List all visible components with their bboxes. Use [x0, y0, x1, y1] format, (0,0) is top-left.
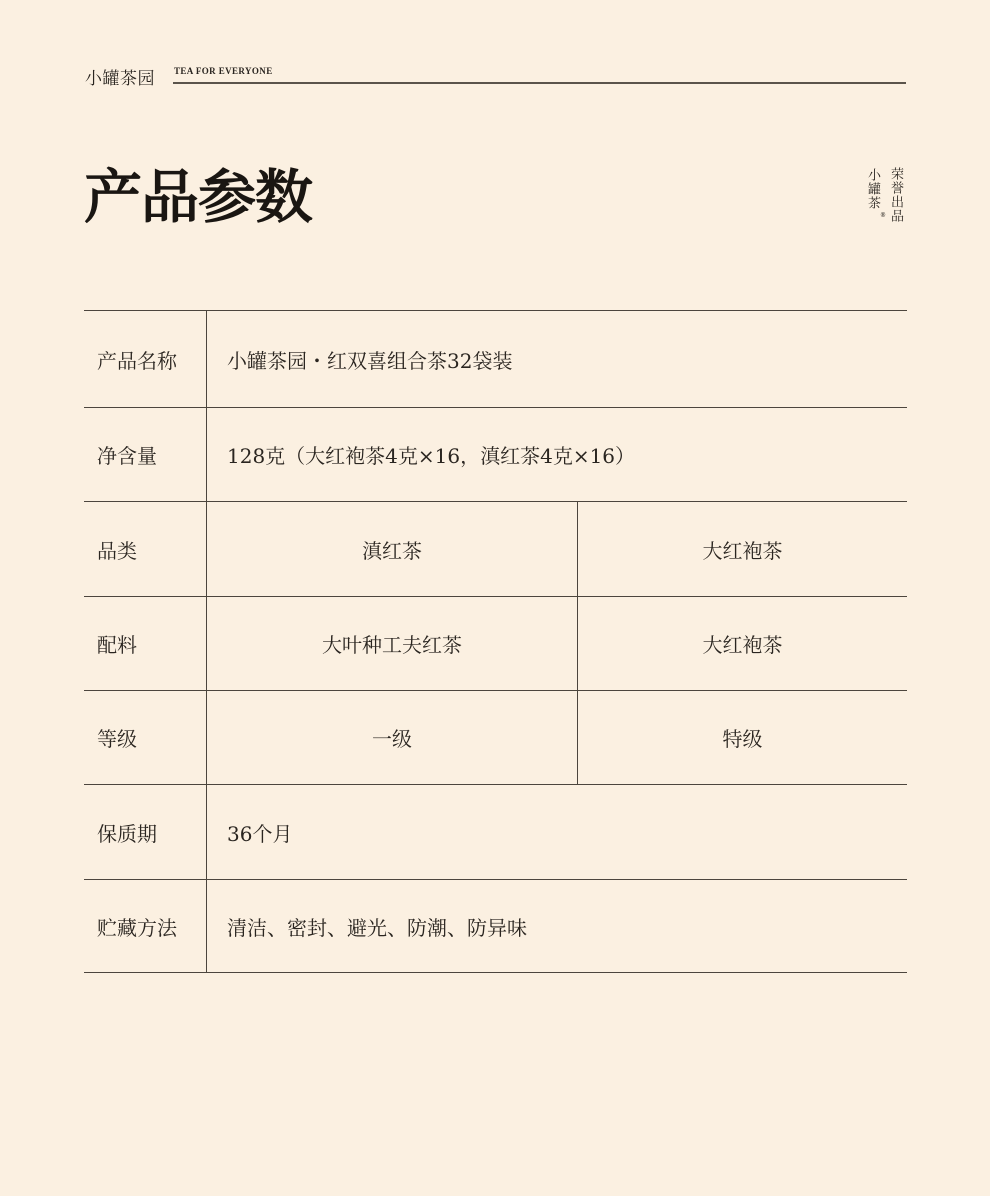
registered-mark-icon: ®: [880, 212, 886, 219]
table-row-product-name: 产品名称 小罐茶园・红双喜组合茶32袋装: [84, 310, 907, 407]
row-label: 净含量: [84, 408, 207, 501]
table-row-category: 品类 滇红茶 大红袍茶: [84, 501, 907, 596]
row-value: 36个月: [207, 785, 907, 879]
row-value: 清洁、密封、避光、防潮、防异味: [207, 880, 907, 972]
row-label: 品类: [84, 502, 207, 596]
brand-seal: 小罐茶 ® 荣誉出品: [864, 168, 908, 240]
table-row-storage: 贮藏方法 清洁、密封、避光、防潮、防异味: [84, 879, 907, 973]
row-value-right: 特级: [578, 691, 907, 784]
header-divider: [173, 82, 906, 84]
row-label: 等级: [84, 691, 207, 784]
row-value: 128克（大红袍茶4克×16，滇红茶4克×16）: [207, 408, 907, 501]
brand-tagline: TEA FOR EVERYONE: [174, 66, 273, 76]
row-label: 保质期: [84, 785, 207, 879]
table-row-ingredients: 配料 大叶种工夫红茶 大红袍茶: [84, 596, 907, 690]
row-value-left: 大叶种工夫红茶: [207, 597, 578, 690]
table-row-net-weight: 净含量 128克（大红袍茶4克×16，滇红茶4克×16）: [84, 407, 907, 501]
page-title: 产品参数: [84, 160, 312, 234]
table-row-shelf-life: 保质期 36个月: [84, 784, 907, 879]
row-label: 配料: [84, 597, 207, 690]
seal-honor-text: 荣誉出品: [888, 167, 902, 223]
table-row-grade: 等级 一级 特级: [84, 690, 907, 784]
row-value-left: 一级: [207, 691, 578, 784]
row-label: 产品名称: [84, 311, 207, 407]
row-value: 小罐茶园・红双喜组合茶32袋装: [207, 311, 907, 407]
row-value-left: 滇红茶: [207, 502, 578, 596]
row-label: 贮藏方法: [84, 880, 207, 972]
row-value-right: 大红袍茶: [578, 502, 907, 596]
spec-table: 产品名称 小罐茶园・红双喜组合茶32袋装 净含量 128克（大红袍茶4克×16，…: [84, 310, 907, 973]
row-value-right: 大红袍茶: [578, 597, 907, 690]
brand-name-cn: 小罐茶园: [85, 64, 155, 89]
seal-brand-text: 小罐茶: [865, 168, 879, 210]
